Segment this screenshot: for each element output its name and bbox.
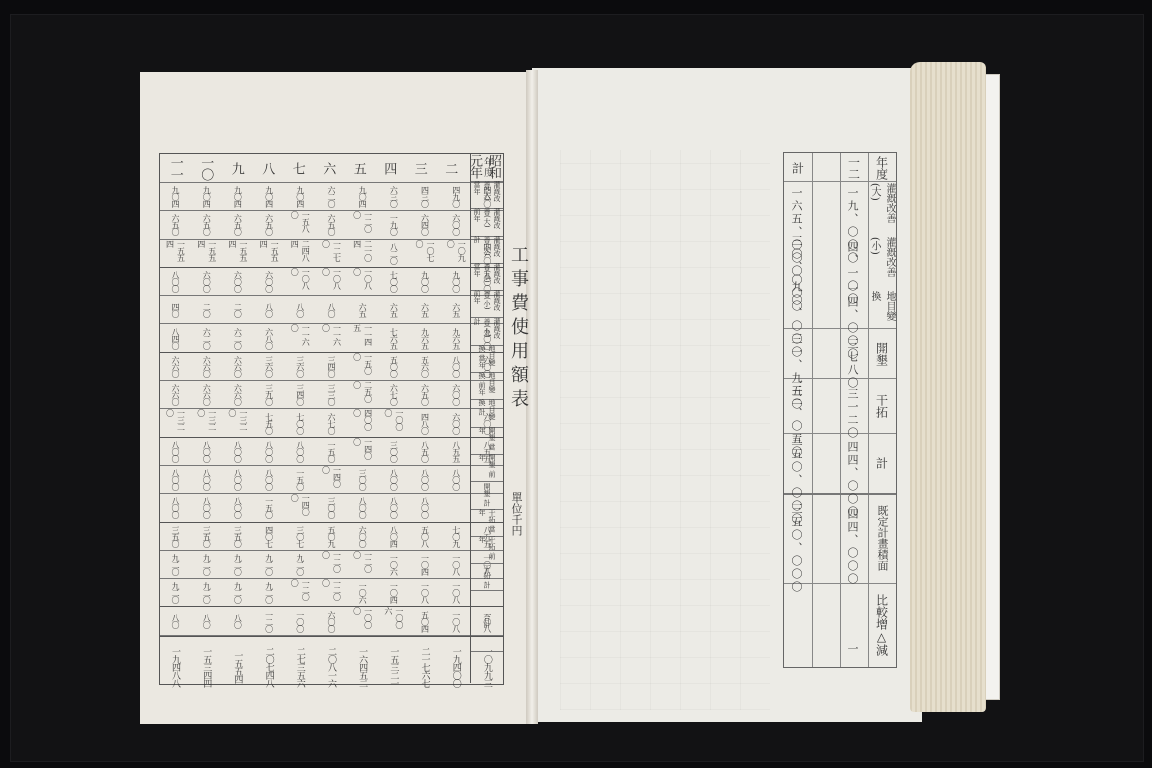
year-cell: 五 (343, 154, 374, 182)
table-row: 八五五七〇九五〇八八〇四六〇〇五〇九三〇七四〇七三五〇三五〇三五〇 (160, 523, 503, 551)
value-cell: 八〇〇 (191, 466, 222, 493)
value-cell: 六五 (441, 296, 472, 323)
value-cell: 八〇〇 (191, 438, 222, 465)
total-cell: 二七三五六 (285, 637, 316, 697)
value-cell: 一〇八 (441, 607, 472, 634)
row-label: 灌漑改善(大) 前年 (471, 208, 503, 236)
value-cell: 五六〇 (409, 353, 440, 380)
value-cell (441, 494, 472, 521)
value-cell: 八〇〇 (441, 353, 472, 380)
value-cell: 一五〇 (254, 494, 285, 521)
value-cell: 八〇〇 (409, 466, 440, 493)
value-cell: 一〇六 (378, 551, 409, 578)
total-cell: 一九四〇〇 (441, 637, 472, 697)
value-cell: 七〇〇 (285, 409, 316, 436)
value-cell: 六六〇 (191, 353, 222, 380)
value-cell: 六四〇 (409, 211, 440, 238)
value-cell: 六七〇 (316, 409, 347, 436)
value-cell: 一三二〇 (222, 409, 253, 436)
value-cell: 四八〇 (409, 409, 440, 436)
row-label: 開墾 前年 (471, 454, 503, 482)
value-cell: 九二〇 (160, 551, 191, 578)
value-cell: 一五五四 (191, 240, 222, 267)
value-cell: 九〇〇 (441, 268, 472, 295)
row-divider (784, 181, 896, 182)
value-cell: 六五 (378, 296, 409, 323)
value-cell: 九六五 (409, 324, 440, 351)
row-label: 計 (870, 435, 894, 491)
value-cell: 六五 (409, 296, 440, 323)
value-cell: 六六〇 (222, 381, 253, 408)
value-cell: 八〇〇 (160, 438, 191, 465)
value-cell: 一〇六 (347, 579, 378, 606)
value-cell: 一二〇〇 (316, 551, 347, 578)
value-cell: 九〇四 (254, 183, 285, 210)
value-cell: 六〇〇 (254, 268, 285, 295)
value-cell: 八〇 (222, 607, 253, 634)
value-cell: 一五〇〇 (347, 353, 378, 380)
value-cell: 八〇四 (378, 523, 409, 550)
row-label: 既定計畫積面 (870, 495, 894, 581)
value-cell: 九〇四 (285, 183, 316, 210)
row-label: 合計 (471, 591, 503, 652)
value-cell: 四四、〇〇〇 (844, 508, 860, 586)
page-edges (910, 62, 986, 712)
total-cell: 二〇八一六 (316, 637, 347, 697)
value-cell: 一〇〇 (285, 607, 316, 634)
row-label: 地目變換 計 (471, 399, 503, 427)
value-cell: 九二〇 (160, 579, 191, 606)
value-cell: 六〇〇 (441, 211, 472, 238)
table-body: 四六〇四九〇四三〇六三〇九〇四六二〇九〇四九〇四九〇四九〇四九〇四六〇〇六四〇一… (160, 183, 503, 636)
value-cell: 六五 (347, 296, 378, 323)
value-cell: 一二〇〇 (285, 579, 316, 606)
row-label: 灌漑改善(大) 當年 (471, 181, 503, 209)
value-cell: 九二〇 (285, 551, 316, 578)
value-cell: 一五五四 (222, 240, 253, 267)
value-cell: 三五〇、〇〇〇 (788, 503, 804, 594)
unit-label: 單位千円 (508, 492, 524, 536)
value-cell: 一〇七〇 (409, 240, 440, 267)
value-cell: 一五五四 (160, 240, 191, 267)
value-cell: 一三二〇 (160, 409, 191, 436)
value-cell: 一三二〇 (191, 409, 222, 436)
value-cell: 八〇〇 (378, 494, 409, 521)
value-cell: 六六〇 (191, 381, 222, 408)
value-cell: 八〇〇 (441, 466, 472, 493)
row-label: 干拓 前年 (471, 536, 503, 564)
value-cell: 九〇四 (347, 183, 378, 210)
value-cell: 八〇 (160, 607, 191, 634)
expenditure-table: 昭和元年 二 三 四 五 六 七 八 九 一〇 一一 四六〇四九〇四三〇六三〇九… (159, 153, 504, 685)
total-cell: 一五五四 (222, 637, 253, 697)
value-cell: 一〇〇〇 (347, 607, 378, 634)
value-cell: 九二〇 (191, 551, 222, 578)
value-cell: 九二〇 (254, 551, 285, 578)
value-cell: 九二〇 (222, 551, 253, 578)
bleed-through-grid (560, 150, 770, 710)
value-cell: 六〇〇 (347, 523, 378, 550)
year-cell: 四 (374, 154, 405, 182)
value-cell: 一一六〇 (285, 324, 316, 351)
table-row: 四六〇四九〇四三〇六三〇九〇四六二〇九〇四九〇四九〇四九〇四九〇四 (160, 183, 503, 211)
year-header-row: 昭和元年 二 三 四 五 六 七 八 九 一〇 一一 (160, 154, 503, 183)
value-cell: 三三〇 (316, 381, 347, 408)
value-cell: 八〇 (254, 296, 285, 323)
table-row: 八〇〇八〇〇八〇〇三〇〇一四〇〇一五〇八〇〇八〇〇八〇〇 (160, 494, 503, 522)
value-cell: 三五〇 (191, 523, 222, 550)
value-cell: 五〇四 (409, 607, 440, 634)
value-cell: 八〇〇 (160, 268, 191, 295)
value-cell: 六二〇 (191, 324, 222, 351)
value-cell: 一〇八 (409, 579, 440, 606)
value-cell: 一〇八 (441, 551, 472, 578)
value-cell: 二五〇〇 (347, 381, 378, 408)
value-cell: 二一〇四 (347, 240, 378, 267)
table-row: 八〇〇八〇〇八〇〇三〇〇一四〇〇一五〇八〇〇八〇〇八〇〇八〇〇 (160, 466, 503, 494)
value-cell: 一〇八〇 (316, 268, 347, 295)
row-label: 比較增△減 (870, 585, 894, 665)
total-cell: 一五三四四 (191, 637, 222, 697)
value-cell: 一五〇 (316, 438, 347, 465)
value-cell: 七六五 (378, 324, 409, 351)
value-cell: 九二〇 (222, 579, 253, 606)
table-title: 工事費使用額表 (505, 245, 531, 413)
value-cell: 三〇〇 (316, 494, 347, 521)
value-cell: 八〇〇 (347, 494, 378, 521)
value-cell: 六〇〇 (191, 268, 222, 295)
total-cell: 一五三二一 (378, 637, 409, 697)
year-cell: 八 (252, 154, 283, 182)
total-cell: 二〇七四八 (254, 637, 285, 697)
value-cell: 六五〇 (191, 211, 222, 238)
total-cell: 一九四八八 (160, 637, 191, 697)
value-cell: 五〇八 (409, 523, 440, 550)
summary-table: 年度 一二 計 灌漑改善(大)灌漑改善(小)地目變換 開墾 干拓 計 既定計畫積… (783, 152, 897, 668)
value-cell: 八〇〇 (409, 494, 440, 521)
value-cell: 七〇九 (441, 523, 472, 550)
value-cell: 二〇 (222, 296, 253, 323)
row-label: 灌漑改善(小) 當年 (471, 263, 503, 291)
value-cell: 六〇〇 (316, 607, 347, 634)
table-row: 六〇〇八〇〇五六〇五〇〇一五〇〇三四〇三六〇三六〇六六〇六六〇六六〇 (160, 353, 503, 381)
value-cell: 三七八〇 (844, 338, 860, 390)
value-cell: 一 (844, 643, 860, 656)
value-cell: 一二七〇 (316, 240, 347, 267)
value-cell: 一五八〇 (285, 211, 316, 238)
row-label: 灌漑改善(小) 前年 (471, 290, 503, 318)
table-row: 六〇〇六五〇六七〇二五〇〇三三〇三四〇三九〇六六〇六六〇六六〇 (160, 381, 503, 409)
value-cell: 一四〇〇 (347, 438, 378, 465)
value-cell: 九〇四 (191, 183, 222, 210)
table-row: 一〇八一〇八一〇四一〇六一二〇〇一二〇〇九二〇九二〇九二〇九二〇九二〇 (160, 551, 503, 579)
value-cell: 七五〇 (254, 409, 285, 436)
value-cell: 九二〇 (254, 579, 285, 606)
value-cell: 六三〇 (378, 183, 409, 210)
row-label: 干拓 (870, 380, 894, 432)
value-cell: 六六〇 (222, 353, 253, 380)
value-cell: 三九〇 (254, 381, 285, 408)
year-cell: 一〇 (191, 154, 222, 182)
value-cell: 八〇〇 (160, 466, 191, 493)
value-cell: 八〇 (316, 296, 347, 323)
value-cell: 一〇八〇 (285, 268, 316, 295)
value-cell: 六五〇 (254, 211, 285, 238)
value-cell: 一〇〇六 (378, 607, 409, 634)
value-cell: 三一二〇 (844, 388, 860, 440)
value-cell: 一四〇〇 (285, 494, 316, 521)
value-cell: 六五〇 (222, 211, 253, 238)
header-col-12: 一二 (842, 155, 866, 181)
row-label: 灌漑改善(大) 計 (471, 236, 503, 264)
row-label: 開墾 當年 (471, 427, 503, 455)
value-cell: 九〇〇 (409, 268, 440, 295)
value-cell: 八〇〇 (222, 494, 253, 521)
year-cell: 七 (282, 154, 313, 182)
total-cell: 二一七六七 (409, 637, 440, 697)
value-cell: 九〇四 (222, 183, 253, 210)
value-cell: 六〇〇 (222, 268, 253, 295)
value-cell: 三六〇 (254, 353, 285, 380)
value-cell: 六〇〇 (441, 409, 472, 436)
value-cell: 一九〇 (378, 211, 409, 238)
year-cell: 一一 (160, 154, 191, 182)
value-cell: 八〇〇 (254, 438, 285, 465)
value-cell: 四三〇 (409, 183, 440, 210)
value-cell: 六二〇 (222, 324, 253, 351)
value-cell: 一一四五 (347, 324, 378, 351)
value-cell: 八〇〇 (222, 466, 253, 493)
row-label: 灌漑改善(大)灌漑改善(小)地目變換 (870, 183, 894, 328)
table-row: 一〇八一〇八一〇四一〇六一二〇〇一二〇〇九二〇九二〇九二〇九二〇 (160, 579, 503, 607)
value-cell: 五〇九 (316, 523, 347, 550)
value-cell: 三〇〇 (347, 466, 378, 493)
value-cell: 三五〇 (160, 523, 191, 550)
value-cell: 二〇 (191, 296, 222, 323)
value-cell: 三六〇 (285, 353, 316, 380)
value-cell: 九二〇 (191, 579, 222, 606)
value-cell: 六六〇 (160, 381, 191, 408)
value-cell: 八〇 (285, 296, 316, 323)
value-cell: 八四〇 (160, 324, 191, 351)
value-cell: 三四〇 (316, 353, 347, 380)
value-cell: 四九〇 (441, 183, 472, 210)
value-cell: 一五〇 (285, 466, 316, 493)
value-cell: 八〇〇 (285, 438, 316, 465)
value-cell: 五〇〇 (378, 353, 409, 380)
total-cell: 一六四五二 (347, 637, 378, 697)
value-cell: 六五〇 (160, 211, 191, 238)
year-cell: 二 (435, 154, 466, 182)
value-cell: 九〇四 (160, 183, 191, 210)
value-cell: 六六〇 (160, 353, 191, 380)
value-cell: 二四八四 (285, 240, 316, 267)
row-label: 干拓 計 (471, 563, 503, 591)
value-cell: 三四〇 (285, 381, 316, 408)
value-cell: 一〇四 (409, 551, 440, 578)
header-col-total: 計 (786, 155, 810, 181)
row-label: 開墾 計 (471, 481, 503, 509)
value-cell: 三五〇 (222, 523, 253, 550)
value-cell: 八五五 (441, 438, 472, 465)
value-cell: 四〇七 (254, 523, 285, 550)
year-cell: 六 (313, 154, 344, 182)
row-label: 開墾 (870, 330, 894, 378)
value-cell: 六七〇 (378, 381, 409, 408)
column-divider (840, 153, 841, 667)
value-cell: 八〇〇 (222, 438, 253, 465)
year-cell: 三 (404, 154, 435, 182)
value-cell: 一〇〇〇 (378, 409, 409, 436)
value-cell: 一二〇〇 (347, 551, 378, 578)
value-cell: 一二〇〇 (316, 579, 347, 606)
column-divider (812, 153, 813, 667)
value-cell: 六二〇 (316, 183, 347, 210)
table-row: 九〇〇九六五九六五七六五一一四五一一六〇一一六〇六八〇六二〇六二〇八四〇 (160, 324, 503, 352)
value-cell: 六五〇 (409, 381, 440, 408)
value-cell: 六五〇 (316, 211, 347, 238)
value-cell: 八二〇 (378, 240, 409, 267)
value-cell: 六八〇 (254, 324, 285, 351)
value-cell: 一二〇〇 (347, 211, 378, 238)
table-row: 九〇〇九〇〇九〇〇七〇〇一〇八〇一〇八〇一〇八〇六〇〇六〇〇六〇〇八〇〇 (160, 268, 503, 296)
value-cell: 八〇〇 (160, 494, 191, 521)
table-row: 一〇八一〇八五〇四一〇〇六一〇〇〇六〇〇一〇〇一二〇八〇八〇八〇 (160, 607, 503, 635)
value-cell: 四〇〇〇 (347, 409, 378, 436)
value-cell: 四〇 (160, 296, 191, 323)
value-cell: 八〇〇 (378, 466, 409, 493)
row-label-column: 年度灌漑改善(大) 當年灌漑改善(大) 前年灌漑改善(大) 計灌漑改善(小) 當… (470, 153, 503, 683)
row-label: 灌漑改善(小) 計 (471, 318, 503, 346)
table-row: 八五五八五五八五〇三〇〇一四〇〇一五〇八〇〇八〇〇八〇〇八〇〇八〇〇 (160, 438, 503, 466)
value-cell: 八〇〇 (254, 466, 285, 493)
value-cell: 三〇七 (285, 523, 316, 550)
value-cell: 七〇〇 (378, 268, 409, 295)
value-cell: 一二〇 (254, 607, 285, 634)
table-row: 四六〇一〇九〇一〇七〇八二〇二一〇四一二七〇二四八四一五五四一五五四一五五四一五… (160, 240, 503, 268)
year-header-label: 年度 (471, 153, 503, 182)
value-cell: 三〇〇 (378, 438, 409, 465)
value-cell: 一五五四 (254, 240, 285, 267)
value-cell: 一四〇〇 (316, 466, 347, 493)
value-cell: 一〇八〇 (347, 268, 378, 295)
value-cell: 一〇九〇 (441, 240, 472, 267)
row-label: 地目變換 前年 (471, 372, 503, 400)
table-row: 六〇〇六〇〇四八〇一〇〇〇四〇〇〇六七〇七〇〇七五〇一三二〇一三二〇一三二〇 (160, 409, 503, 437)
value-cell: 八〇 (191, 607, 222, 634)
value-cell: 六〇〇 (441, 381, 472, 408)
value-cell: 九六五 (441, 324, 472, 351)
value-cell: 一一六〇 (316, 324, 347, 351)
value-cell: 一〇八 (441, 579, 472, 606)
value-cell: 八五〇 (409, 438, 440, 465)
row-label: 地目變換 當年 (471, 345, 503, 373)
year-cell: 九 (221, 154, 252, 182)
header-year: 年度 (870, 155, 894, 181)
totals-row: 一〇九九三一九四〇〇二一七六七一五三二一一六四五二二〇八一六二七三五六二〇七四八… (160, 636, 503, 697)
row-label: 干拓 當年 (471, 509, 503, 537)
table-row: 六〇〇六四〇一九〇一二〇〇六五〇一五八〇六五〇六五〇六五〇六五〇 (160, 211, 503, 239)
value-cell: 一〇四 (378, 579, 409, 606)
table-row: 六五六五六五六五八〇八〇八〇二〇二〇四〇 (160, 296, 503, 324)
value-cell: 八〇〇 (191, 494, 222, 521)
